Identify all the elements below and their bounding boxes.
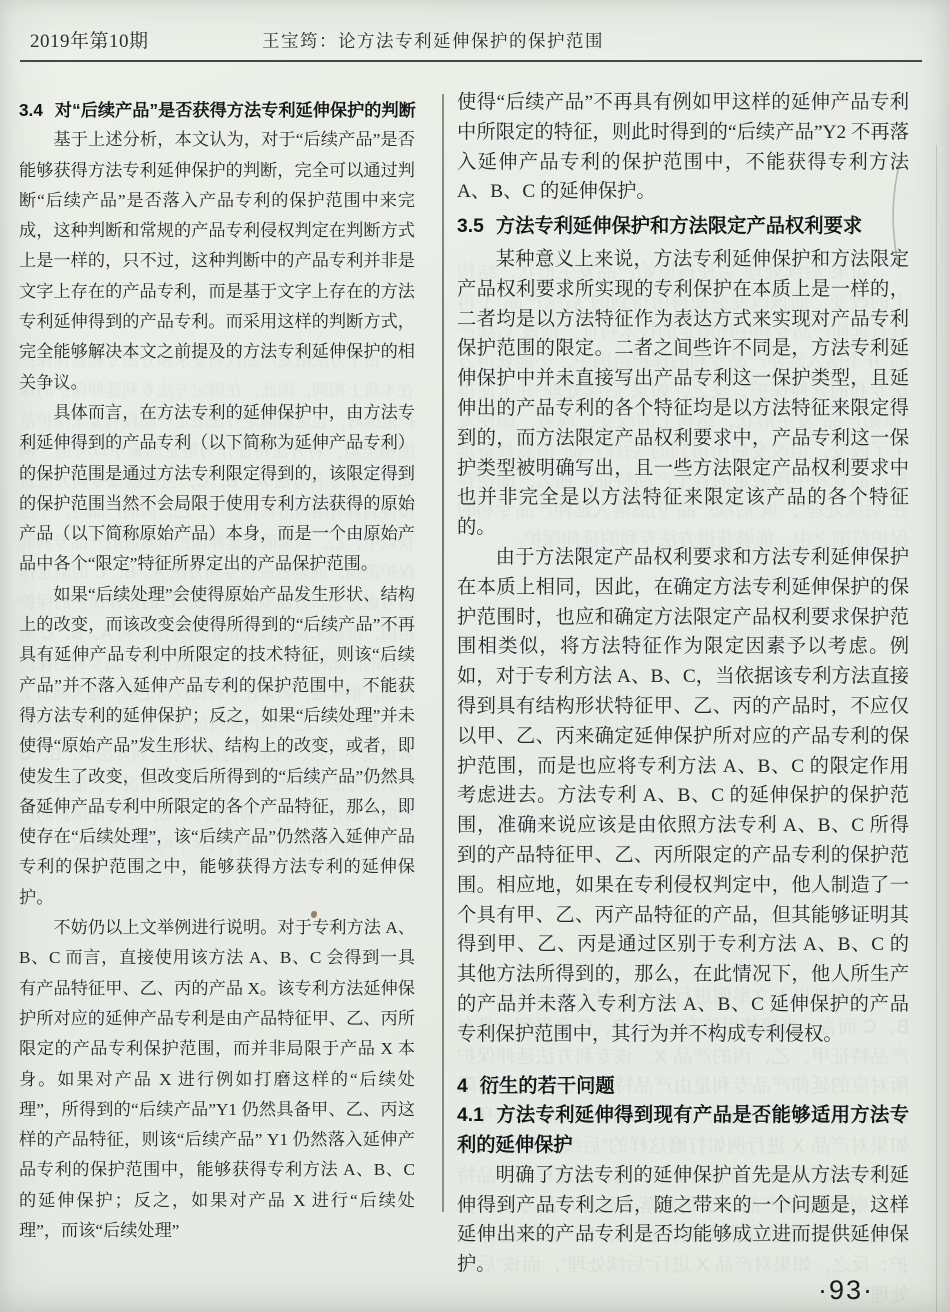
column-divider xyxy=(442,94,444,1212)
page-number: ·93· xyxy=(818,1275,874,1306)
ink-speck xyxy=(884,972,888,976)
section-title: 方法专利延伸得到现有产品是否能够适用方法专利的延伸保护 xyxy=(457,1105,909,1156)
section-number: 3.4 xyxy=(19,100,43,120)
section-title: 方法专利延伸保护和方法限定产品权利要求 xyxy=(496,216,862,237)
page-edge-crease xyxy=(936,145,938,1312)
section-heading-4-1: 4.1方法专利延伸得到现有产品是否能够适用方法专利的延伸保护 xyxy=(457,1101,909,1161)
section-heading-3-4: 3.4对“后续产品”是否获得方法专利延伸保护的判断 xyxy=(19,95,415,125)
section-number: 4.1 xyxy=(457,1105,484,1126)
left-column: 由于方法限定产品权利要求和方法专利延伸保护在本质上相同，因此，在确定方法专利延伸… xyxy=(19,95,415,1246)
paragraph: 如果“后续处理”会使得原始产品发生形状、结构上的改变，而该改变会使得所得到的“后… xyxy=(19,580,415,913)
section-heading-4: 4衍生的若干问题 xyxy=(457,1072,909,1102)
paragraph: 具体而言，在方法专利的延伸保护中，由方法专利延伸得到的产品专利（以下简称为延伸产… xyxy=(19,398,415,580)
section-number: 3.5 xyxy=(457,216,484,237)
paragraph: 某种意义上来说，方法专利延伸保护和方法限定产品权利要求所实现的专利保护在本质上是… xyxy=(457,245,909,543)
paragraph-continuation: 使得“后续产品”不再具有例如甲这样的延伸产品专利中所限定的特征，则此时得到的“后… xyxy=(457,88,909,207)
scanned-page: 2019年第10期 王宝筠：论方法专利延伸保护的保护范围 由于方法限定产品权利要… xyxy=(0,0,950,1312)
running-title: 王宝筠：论方法专利延伸保护的保护范围 xyxy=(0,28,908,53)
right-column: 如果“后续处理”会使得原始产品发生形状、结构上的改变，而该改变会使得所得到的“后… xyxy=(457,88,909,1280)
paragraph: 不妨仍以上文举例进行说明。对于专利方法 A、B、C 而言，直接使用该方法 A、B… xyxy=(19,913,415,1246)
section-title: 对“后续产品”是否获得方法专利延伸保护的判断 xyxy=(55,100,416,120)
section-number: 4 xyxy=(457,1076,468,1097)
section-heading-3-5: 3.5方法专利延伸保护和方法限定产品权利要求 xyxy=(457,212,909,242)
paragraph: 由于方法限定产品权利要求和方法专利延伸保护在本质上相同，因此，在确定方法专利延伸… xyxy=(457,543,909,1050)
paragraph: 基于上述分析，本文认为，对于“后续产品”是否能够获得方法专利延伸保护的判断，完全… xyxy=(19,125,415,398)
header-rule xyxy=(20,60,922,62)
section-title: 衍生的若干问题 xyxy=(480,1076,615,1097)
paragraph: 明确了方法专利的延伸保护首先是从方法专利延伸得到产品专利之后，随之带来的一个问题… xyxy=(457,1161,909,1280)
